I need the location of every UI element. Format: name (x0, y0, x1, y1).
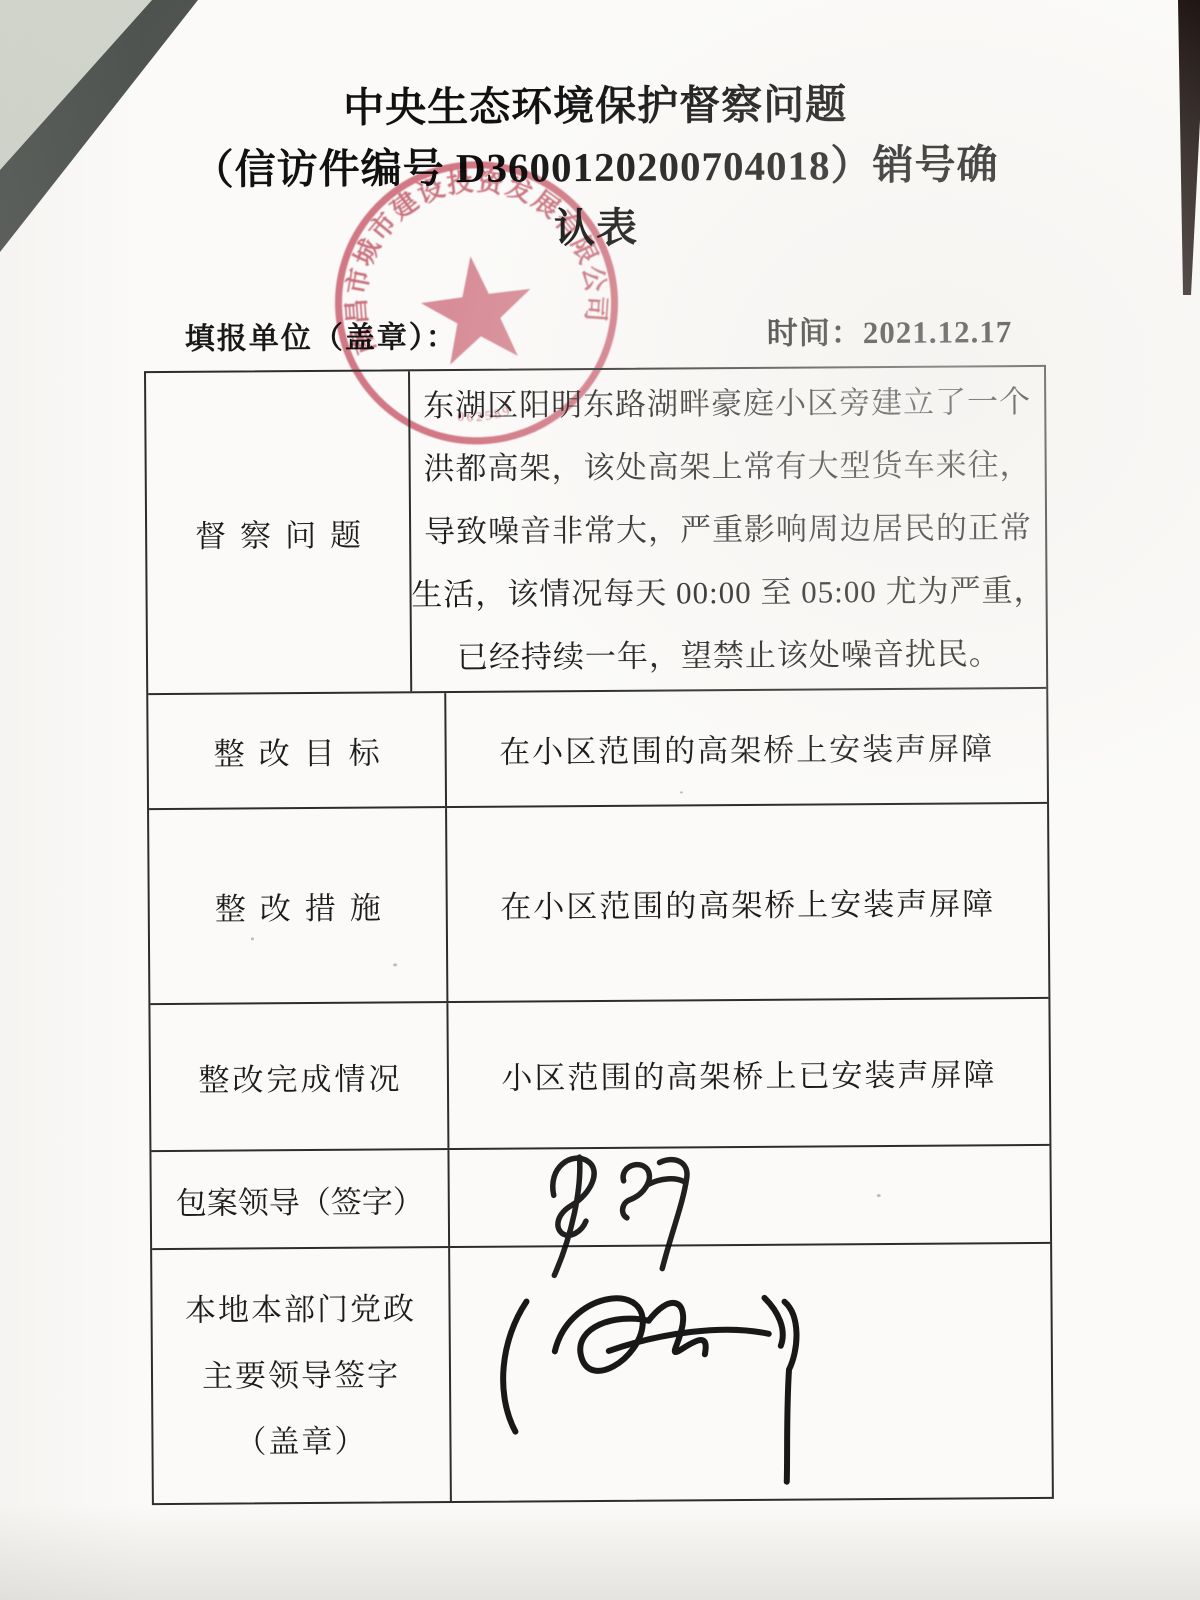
title-line-1: 中央生态环境保护督察问题 (0, 72, 1195, 141)
content-rectification-measures: 在小区范围的高架桥上安装声屏障 (500, 878, 995, 926)
content-completion-status: 小区范围的高架桥上已安装声屏障 (501, 1049, 996, 1097)
table-row-main-leader: 本地本部门党政 主要领导签字 （盖章） (152, 1244, 1052, 1503)
scanned-document-photo: 中央生态环境保护督察问题 （信访件编号 D3600120200704018）销号… (0, 0, 1200, 1600)
content-main-leader-signature (450, 1244, 1052, 1501)
label-rectification-goal: 整改目标 (148, 693, 447, 808)
dust-speck (877, 1194, 881, 1197)
dust-speck (680, 791, 683, 793)
label-inspection-issue: 督察问题 (146, 371, 412, 693)
table-row-case-leader: 包案领导（签字） (151, 1146, 1050, 1250)
label-main-leader: 本地本部门党政 主要领导签字 （盖章） (152, 1248, 452, 1503)
issue-line: 已经持续一年，望禁止该处噪音扰民。 (412, 621, 1047, 688)
dust-speck (393, 963, 397, 966)
label-rectification-measures: 整改措施 (149, 808, 448, 1003)
issue-line: 生活，该情况每天 00:00 至 05:00 尤为严重， (411, 558, 1046, 625)
table-row-rectification-goal: 整改目标 在小区范围的高架桥上安装声屏障 (148, 689, 1047, 810)
label-case-leader: 包案领导（签字） (151, 1150, 450, 1248)
confirmation-table: 督察问题 东湖区阳明东路湖畔豪庭小区旁建立了一个 洪都高架，该处高架上常有大型货… (144, 365, 1054, 1505)
issue-line: 东湖区阳明东路湖畔豪庭小区旁建立了一个 (410, 369, 1045, 436)
signature-main-leader (480, 1253, 902, 1496)
issue-line: 导致噪音非常大，严重影响周边居民的正常 (411, 495, 1046, 562)
label-completion-status: 整改完成情况 (150, 1003, 449, 1150)
paper-sheet: 中央生态环境保护督察问题 （信访件编号 D3600120200704018）销号… (0, 0, 1200, 1600)
seal-star (416, 249, 539, 367)
table-row-inspection-issue: 督察问题 东湖区阳明东路湖畔豪庭小区旁建立了一个 洪都高架，该处高架上常有大型货… (146, 367, 1046, 695)
dust-speck (251, 937, 254, 940)
content-inspection-issue: 东湖区阳明东路湖畔豪庭小区旁建立了一个 洪都高架，该处高架上常有大型货车来往， … (410, 367, 1046, 691)
report-date: 时间：2021.12.17 (767, 306, 1013, 353)
table-row-completion-status: 整改完成情况 小区范围的高架桥上已安装声屏障 (150, 999, 1049, 1152)
table-row-rectification-measures: 整改措施 在小区范围的高架桥上安装声屏障 (149, 804, 1048, 1005)
content-case-leader-signature (449, 1146, 1050, 1246)
content-rectification-goal: 在小区范围的高架桥上安装声屏障 (499, 723, 994, 771)
issue-line: 洪都高架，该处高架上常有大型货车来往， (410, 432, 1045, 499)
